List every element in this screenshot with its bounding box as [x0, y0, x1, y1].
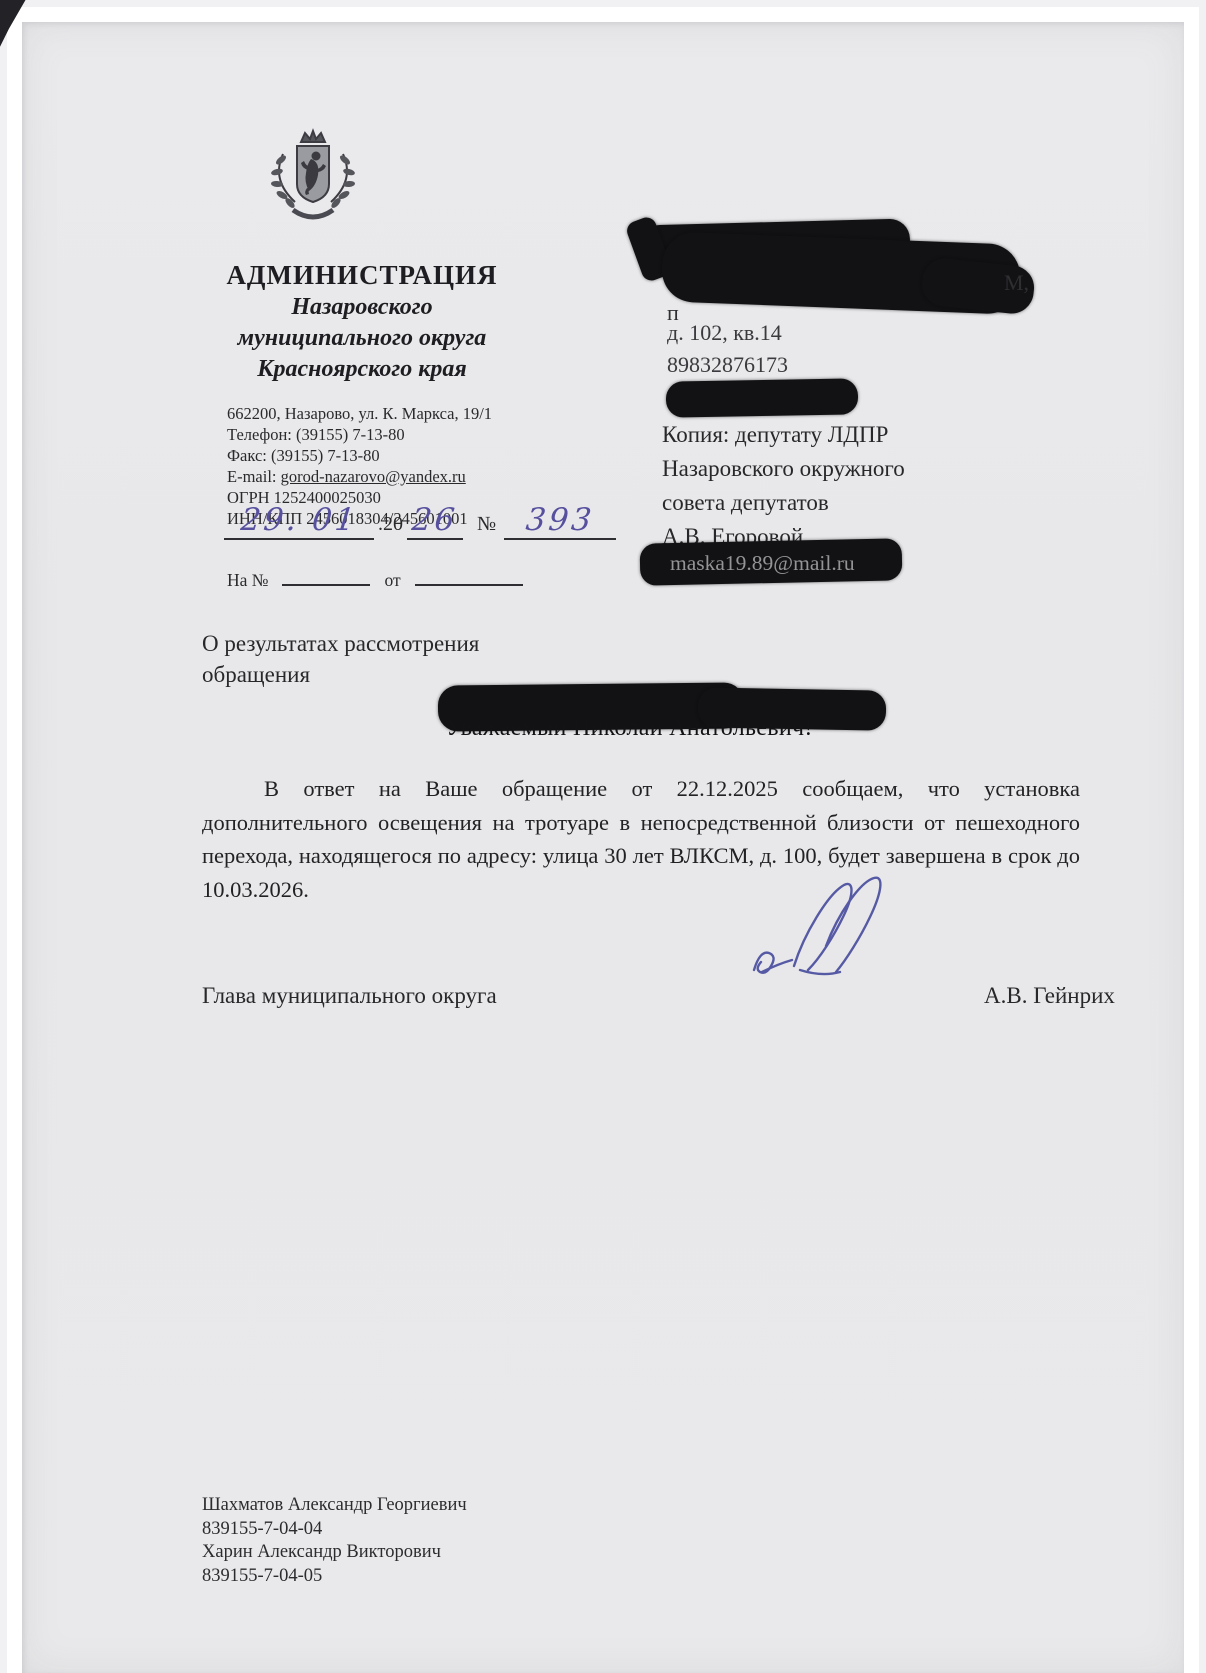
number-sign: № — [477, 513, 496, 536]
letterhead-fax: Факс: (39155) 7-13-80 — [227, 445, 492, 466]
ot-label: от — [384, 570, 400, 591]
executor-2-name: Харин Александр Викторович — [202, 1541, 467, 1565]
na-label: На № — [227, 570, 268, 591]
handwritten-number: 393 — [524, 502, 596, 538]
signer-title: Глава муниципального округа — [202, 983, 497, 1009]
reference-date-blank — [415, 570, 523, 586]
body-paragraph: В ответ на Ваше обращение от 22.12.2025 … — [202, 772, 1080, 906]
email-label: E-mail: — [227, 467, 281, 486]
signer-name: А.В. Гейнрих — [984, 983, 1115, 1009]
copy-line-3: совета депутатов — [662, 486, 905, 520]
handwritten-date: 29. 01 — [239, 502, 359, 538]
email-address: gorod-nazarovo@yandex.ru — [281, 467, 466, 486]
org-name-line1: АДМИНИСТРАЦИЯ — [172, 260, 552, 291]
addressee-phone: 89832876173 — [667, 352, 788, 378]
addressee-house-line: д. 102, кв.14 — [667, 320, 782, 346]
letterhead-email-line: E-mail: gorod-nazarovo@yandex.ru — [227, 466, 492, 487]
executors-block: Шахматов Александр Георгиевич 839155-7-0… — [202, 1494, 467, 1588]
letterhead-address: 662200, Назарово, ул. К. Маркса, 19/1 — [227, 403, 492, 424]
executor-1-name: Шахматов Александр Георгиевич — [202, 1494, 467, 1518]
coat-of-arms-icon — [261, 126, 365, 238]
copy-line-1: Копия: депутату ЛДПР — [662, 418, 905, 452]
subject-line-2: обращения — [202, 659, 479, 690]
reference-number-blank — [282, 570, 370, 586]
executor-2-phone: 839155-7-04-05 — [202, 1565, 467, 1589]
executor-1-phone: 839155-7-04-04 — [202, 1518, 467, 1542]
copy-line-2: Назаровского окружного — [662, 452, 905, 486]
copy-email-visible-through-redaction: maska19.89@mail.ru — [670, 551, 855, 576]
reference-line: На № от — [227, 570, 537, 591]
salutation-text: Уважаемый Николай Анатольевич! — [446, 715, 886, 742]
org-name-line2: Назаровского — [172, 294, 552, 321]
signature-icon — [740, 872, 930, 990]
paper-sheet: АДМИНИСТРАЦИЯ Назаровского муниципальног… — [22, 22, 1184, 1673]
addressee-fragment-m: М, — [1004, 270, 1029, 296]
scanned-letter-page: АДМИНИСТРАЦИЯ Назаровского муниципальног… — [0, 0, 1206, 1673]
org-name-line4: Красноярского края — [172, 356, 552, 383]
redaction-bar-addressee-4 — [666, 378, 859, 417]
handwritten-year: 26 — [410, 502, 459, 538]
letterhead-phone: Телефон: (39155) 7-13-80 — [227, 424, 492, 445]
org-name-line3: муниципального округа — [172, 325, 552, 352]
copy-recipient-block: Копия: депутату ЛДПР Назаровского окружн… — [662, 418, 905, 554]
outgoing-date-number-line: 29. 01 .20 26 № 393 — [224, 502, 616, 540]
year-prefix: .20 — [378, 513, 403, 536]
subject-line-1: О результатах рассмотрения — [202, 628, 479, 659]
subject-block: О результатах рассмотрения обращения — [202, 628, 479, 690]
